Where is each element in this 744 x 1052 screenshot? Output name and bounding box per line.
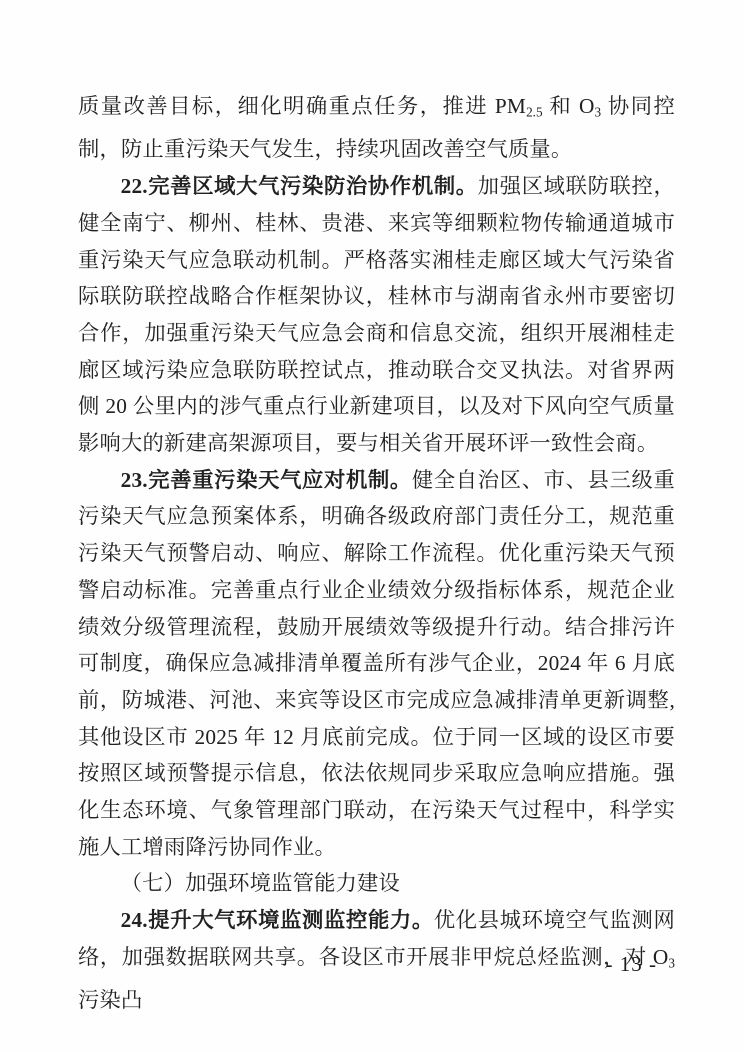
- bold-run: 22.完善区域大气污染防治协作机制。: [121, 174, 478, 198]
- para-continuation: 质量改善目标，细化明确重点任务，推进 PM2.5 和 O3 协同控制，防止重污染…: [78, 88, 675, 168]
- bold-run: 24.提升大气环境监测监控能力。: [121, 908, 434, 932]
- page-number: - 13 -: [606, 951, 658, 977]
- document-page: 质量改善目标，细化明确重点任务，推进 PM2.5 和 O3 协同控制，防止重污染…: [0, 0, 744, 1052]
- subscript-text: 3: [668, 956, 675, 971]
- bold-run: 23.完善重污染天气应对机制。: [121, 468, 412, 492]
- para-item-24: 24.提升大气环境监测监控能力。优化县城环境空气监测网络，加强数据联网共享。各设…: [78, 902, 675, 1019]
- subscript-text: 2.5: [526, 105, 542, 120]
- para-item-23: 23.完善重污染天气应对机制。健全自治区、市、县三级重污染天气应急预案体系，明确…: [78, 462, 675, 866]
- text-run: 和 O: [543, 94, 595, 118]
- document-body: 质量改善目标，细化明确重点任务，推进 PM2.5 和 O3 协同控制，防止重污染…: [78, 88, 675, 1019]
- text-run: 质量改善目标，细化明确重点任务，推进 PM: [78, 94, 526, 118]
- para-item-22: 22.完善区域大气污染防治协作机制。加强区域联防联控，健全南宁、柳州、桂林、贵港…: [78, 168, 675, 462]
- para-section-7-heading: （七）加强环境监管能力建设: [78, 865, 675, 902]
- text-run: 健全自治区、市、县三级重污染天气应急预案体系，明确各级政府部门责任分工，规范重污…: [78, 468, 675, 859]
- text-run: 污染凸: [78, 988, 143, 1012]
- text-run: （七）加强环境监管能力建设: [121, 871, 400, 895]
- text-run: 加强区域联防联控，健全南宁、柳州、桂林、贵港、来宾等细颗粒物传输通道城市重污染天…: [78, 174, 675, 455]
